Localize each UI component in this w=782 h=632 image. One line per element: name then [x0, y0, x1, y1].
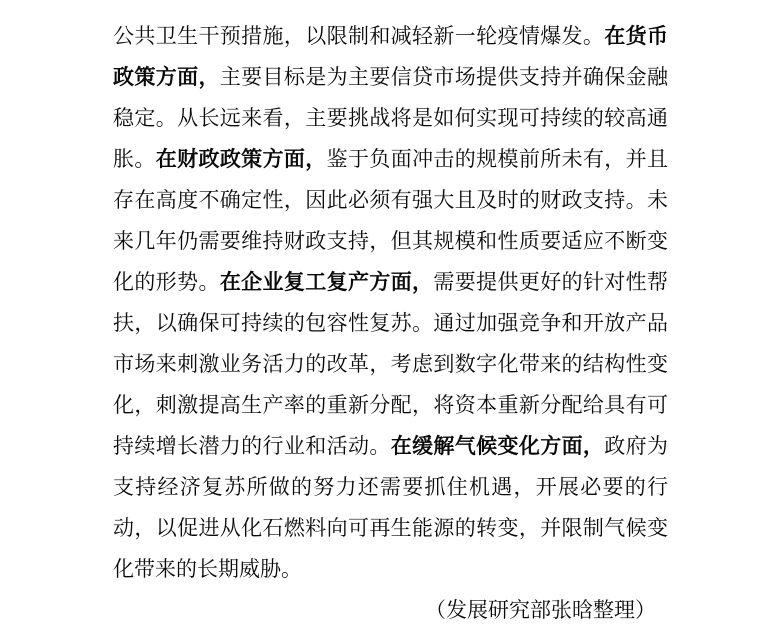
text-segment: 鉴于负面冲击的规模前所未有，并且 [327, 147, 668, 171]
text-line: 市场来刺激业务活力的改革，考虑到数字化带来的结构性变 [113, 344, 668, 385]
text-segment: （发展研究部张晗整理） [425, 598, 656, 622]
text-segment: 政府为 [604, 434, 668, 458]
text-line: 化的形势。在企业复工复产方面，需要提供更好的针对性帮 [113, 262, 668, 303]
text-line: 来几年仍需要维持财政支持，但其规模和性质要适应不断变 [113, 221, 668, 262]
text-segment: 化的形势。 [113, 270, 220, 294]
text-segment: 来几年仍需要维持财政支持，但其规模和性质要适应不断变 [113, 229, 668, 253]
bold-text-segment: 在财政政策方面， [156, 147, 327, 171]
bold-text-segment: 在货币 [604, 24, 668, 48]
text-segment: 动，以促进从化石燃料向可再生能源的转变，并限制气候变 [113, 516, 668, 540]
bold-text-segment: 政策方面， [113, 65, 220, 89]
bold-text-segment: 在缓解气候变化方面， [391, 434, 605, 458]
text-line: 持续增长潜力的行业和活动。在缓解气候变化方面，政府为 [113, 426, 668, 467]
text-line: 存在高度不确定性，因此必须有强大且及时的财政支持。未 [113, 180, 668, 221]
text-segment: 主要目标是为主要信贷市场提供支持并确保金融 [220, 65, 668, 89]
text-line: 稳定。从长远来看，主要挑战将是如何实现可持续的较高通 [113, 98, 668, 139]
text-line: 支持经济复苏所做的努力还需要抓住机遇，开展必要的行 [113, 467, 668, 508]
text-line: 化带来的长期威胁。 [113, 549, 668, 590]
text-segment: 化带来的长期威胁。 [113, 557, 302, 581]
text-line: （发展研究部张晗整理） [113, 590, 668, 631]
text-segment: 扶，以确保可持续的包容性复苏。通过加强竞争和开放产品 [113, 311, 668, 335]
bold-text-segment: 在企业复工复产方面， [220, 270, 434, 294]
text-segment: 持续增长潜力的行业和活动。 [113, 434, 391, 458]
text-segment: 胀。 [113, 147, 156, 171]
text-line: 动，以促进从化石燃料向可再生能源的转变，并限制气候变 [113, 508, 668, 549]
document-body: 公共卫生干预措施，以限制和减轻新一轮疫情爆发。在货币政策方面，主要目标是为主要信… [113, 16, 668, 631]
text-segment: 需要提供更好的针对性帮 [433, 270, 668, 294]
text-line: 公共卫生干预措施，以限制和减轻新一轮疫情爆发。在货币 [113, 16, 668, 57]
text-segment: 稳定。从长远来看，主要挑战将是如何实现可持续的较高通 [113, 106, 668, 130]
document-page: 公共卫生干预措施，以限制和减轻新一轮疫情爆发。在货币政策方面，主要目标是为主要信… [0, 0, 782, 632]
text-line: 胀。在财政政策方面，鉴于负面冲击的规模前所未有，并且 [113, 139, 668, 180]
text-segment: 公共卫生干预措施，以限制和减轻新一轮疫情爆发。 [113, 24, 604, 48]
text-segment: 市场来刺激业务活力的改革，考虑到数字化带来的结构性变 [113, 352, 668, 376]
text-line: 扶，以确保可持续的包容性复苏。通过加强竞争和开放产品 [113, 303, 668, 344]
text-line: 政策方面，主要目标是为主要信贷市场提供支持并确保金融 [113, 57, 668, 98]
text-segment: 存在高度不确定性，因此必须有强大且及时的财政支持。未 [113, 188, 668, 212]
text-segment: 支持经济复苏所做的努力还需要抓住机遇，开展必要的行 [113, 475, 668, 499]
text-segment: 化，刺激提高生产率的重新分配，将资本重新分配给具有可 [113, 393, 668, 417]
text-line: 化，刺激提高生产率的重新分配，将资本重新分配给具有可 [113, 385, 668, 426]
